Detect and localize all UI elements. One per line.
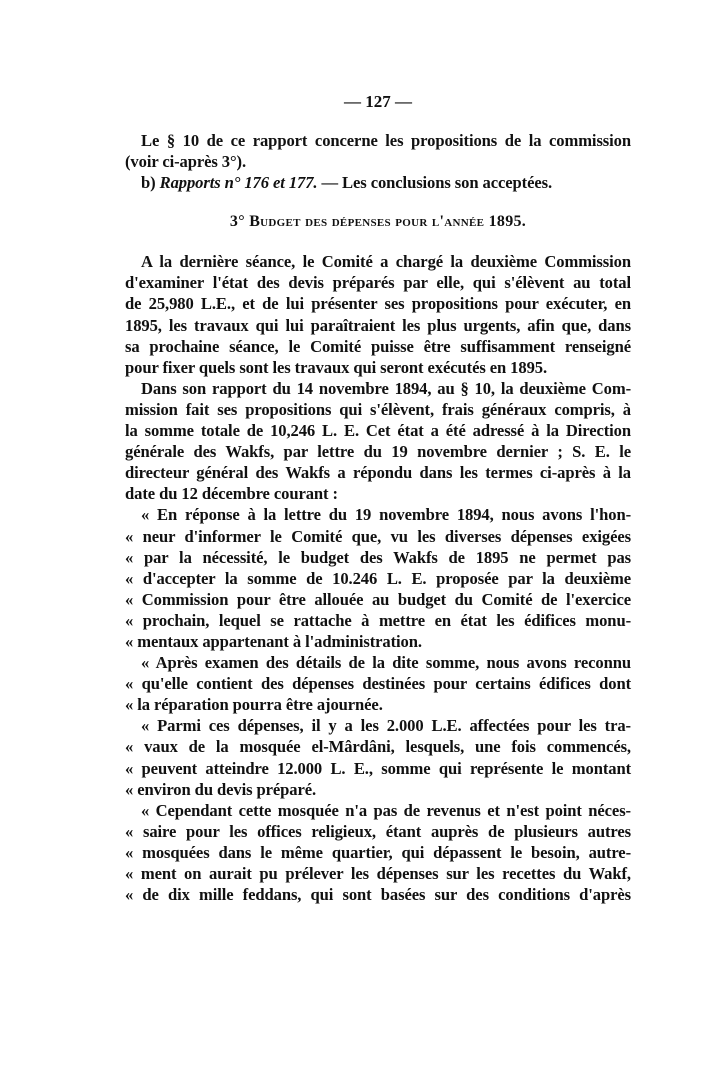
text-line: mission fait ses propositions qui s'élèv… xyxy=(125,399,631,420)
section-heading-text: Budget des dépenses pour l'année 1895. xyxy=(249,213,526,230)
text-line: « vaux de la mosquée el-Mârdâni, lesquel… xyxy=(125,736,631,757)
item-b-line: b) Rapports n° 176 et 177. — Les conclus… xyxy=(125,172,631,193)
section-heading-number: 3° xyxy=(230,213,249,230)
quote-paragraph-3: « Parmi ces dépenses, il y a les 2.000 L… xyxy=(125,715,631,799)
text-line: (voir ci-après 3°). xyxy=(125,151,631,172)
text-line: Le § 10 de ce rapport concerne les propo… xyxy=(125,130,631,151)
document-page: — 127 — Le § 10 de ce rapport concerne l… xyxy=(125,90,631,905)
text-line: sa prochaine séance, le Comité puisse êt… xyxy=(125,336,631,357)
text-line: date du 12 décembre courant : xyxy=(125,483,631,504)
text-line: « mentaux appartenant à l'administration… xyxy=(125,631,631,652)
text-line: « la réparation pourra être ajournée. xyxy=(125,694,631,715)
item-b-prefix: b) xyxy=(141,173,160,192)
intro-paragraph: Le § 10 de ce rapport concerne les propo… xyxy=(125,130,631,193)
text-line: directeur général des Wakfs a répondu da… xyxy=(125,462,631,483)
text-line: « d'accepter la somme de 10.246 L. E. pr… xyxy=(125,568,631,589)
text-line: « qu'elle contient des dépenses destinée… xyxy=(125,673,631,694)
paragraph-1: A la dernière séance, le Comité a chargé… xyxy=(125,251,631,378)
quote-paragraph-1: « En réponse à la lettre du 19 novembre … xyxy=(125,504,631,652)
text-line: la somme totale de 10,246 L. E. Cet état… xyxy=(125,420,631,441)
text-line: « Parmi ces dépenses, il y a les 2.000 L… xyxy=(125,715,631,736)
text-line: 1895, les travaux qui lui paraîtraient l… xyxy=(125,315,631,336)
text-line: « En réponse à la lettre du 19 novembre … xyxy=(125,504,631,525)
paragraph-2: Dans son rapport du 14 novembre 1894, au… xyxy=(125,378,631,505)
text-line: générale des Wakfs, par lettre du 19 nov… xyxy=(125,441,631,462)
text-line: « mosquées dans le même quartier, qui dé… xyxy=(125,842,631,863)
quote-paragraph-4: « Cependant cette mosquée n'a pas de rev… xyxy=(125,800,631,905)
item-b-reports-ref: Rapports n° 176 et 177. xyxy=(160,173,318,192)
text-line: « par la nécessité, le budget des Wakfs … xyxy=(125,547,631,568)
text-line: Dans son rapport du 14 novembre 1894, au… xyxy=(125,378,631,399)
text-line: « Commission pour être allouée au budget… xyxy=(125,589,631,610)
text-line: « peuvent atteindre 12.000 L. E., somme … xyxy=(125,758,631,779)
text-line: pour fixer quels sont les travaux qui se… xyxy=(125,357,631,378)
text-line: « prochain, lequel se rattache à mettre … xyxy=(125,610,631,631)
section-heading: 3° Budget des dépenses pour l'année 1895… xyxy=(125,211,631,233)
text-line: de 25,980 L.E., et de lui présenter ses … xyxy=(125,293,631,314)
text-line: A la dernière séance, le Comité a chargé… xyxy=(125,251,631,272)
text-line: « saire pour les offices religieux, étan… xyxy=(125,821,631,842)
text-line: « environ du devis préparé. xyxy=(125,779,631,800)
text-line: d'examiner l'état des devis préparés par… xyxy=(125,272,631,293)
item-b-text: — Les conclusions son acceptées. xyxy=(317,173,552,192)
quote-paragraph-2: « Après examen des détails de la dite so… xyxy=(125,652,631,715)
text-line: « Après examen des détails de la dite so… xyxy=(125,652,631,673)
page-number: — 127 — xyxy=(125,90,631,114)
text-line: « Cependant cette mosquée n'a pas de rev… xyxy=(125,800,631,821)
text-line: « neur d'informer le Comité que, vu les … xyxy=(125,526,631,547)
text-line: « ment on aurait pu prélever les dépense… xyxy=(125,863,631,884)
text-line: « de dix mille feddans, qui sont basées … xyxy=(125,884,631,905)
